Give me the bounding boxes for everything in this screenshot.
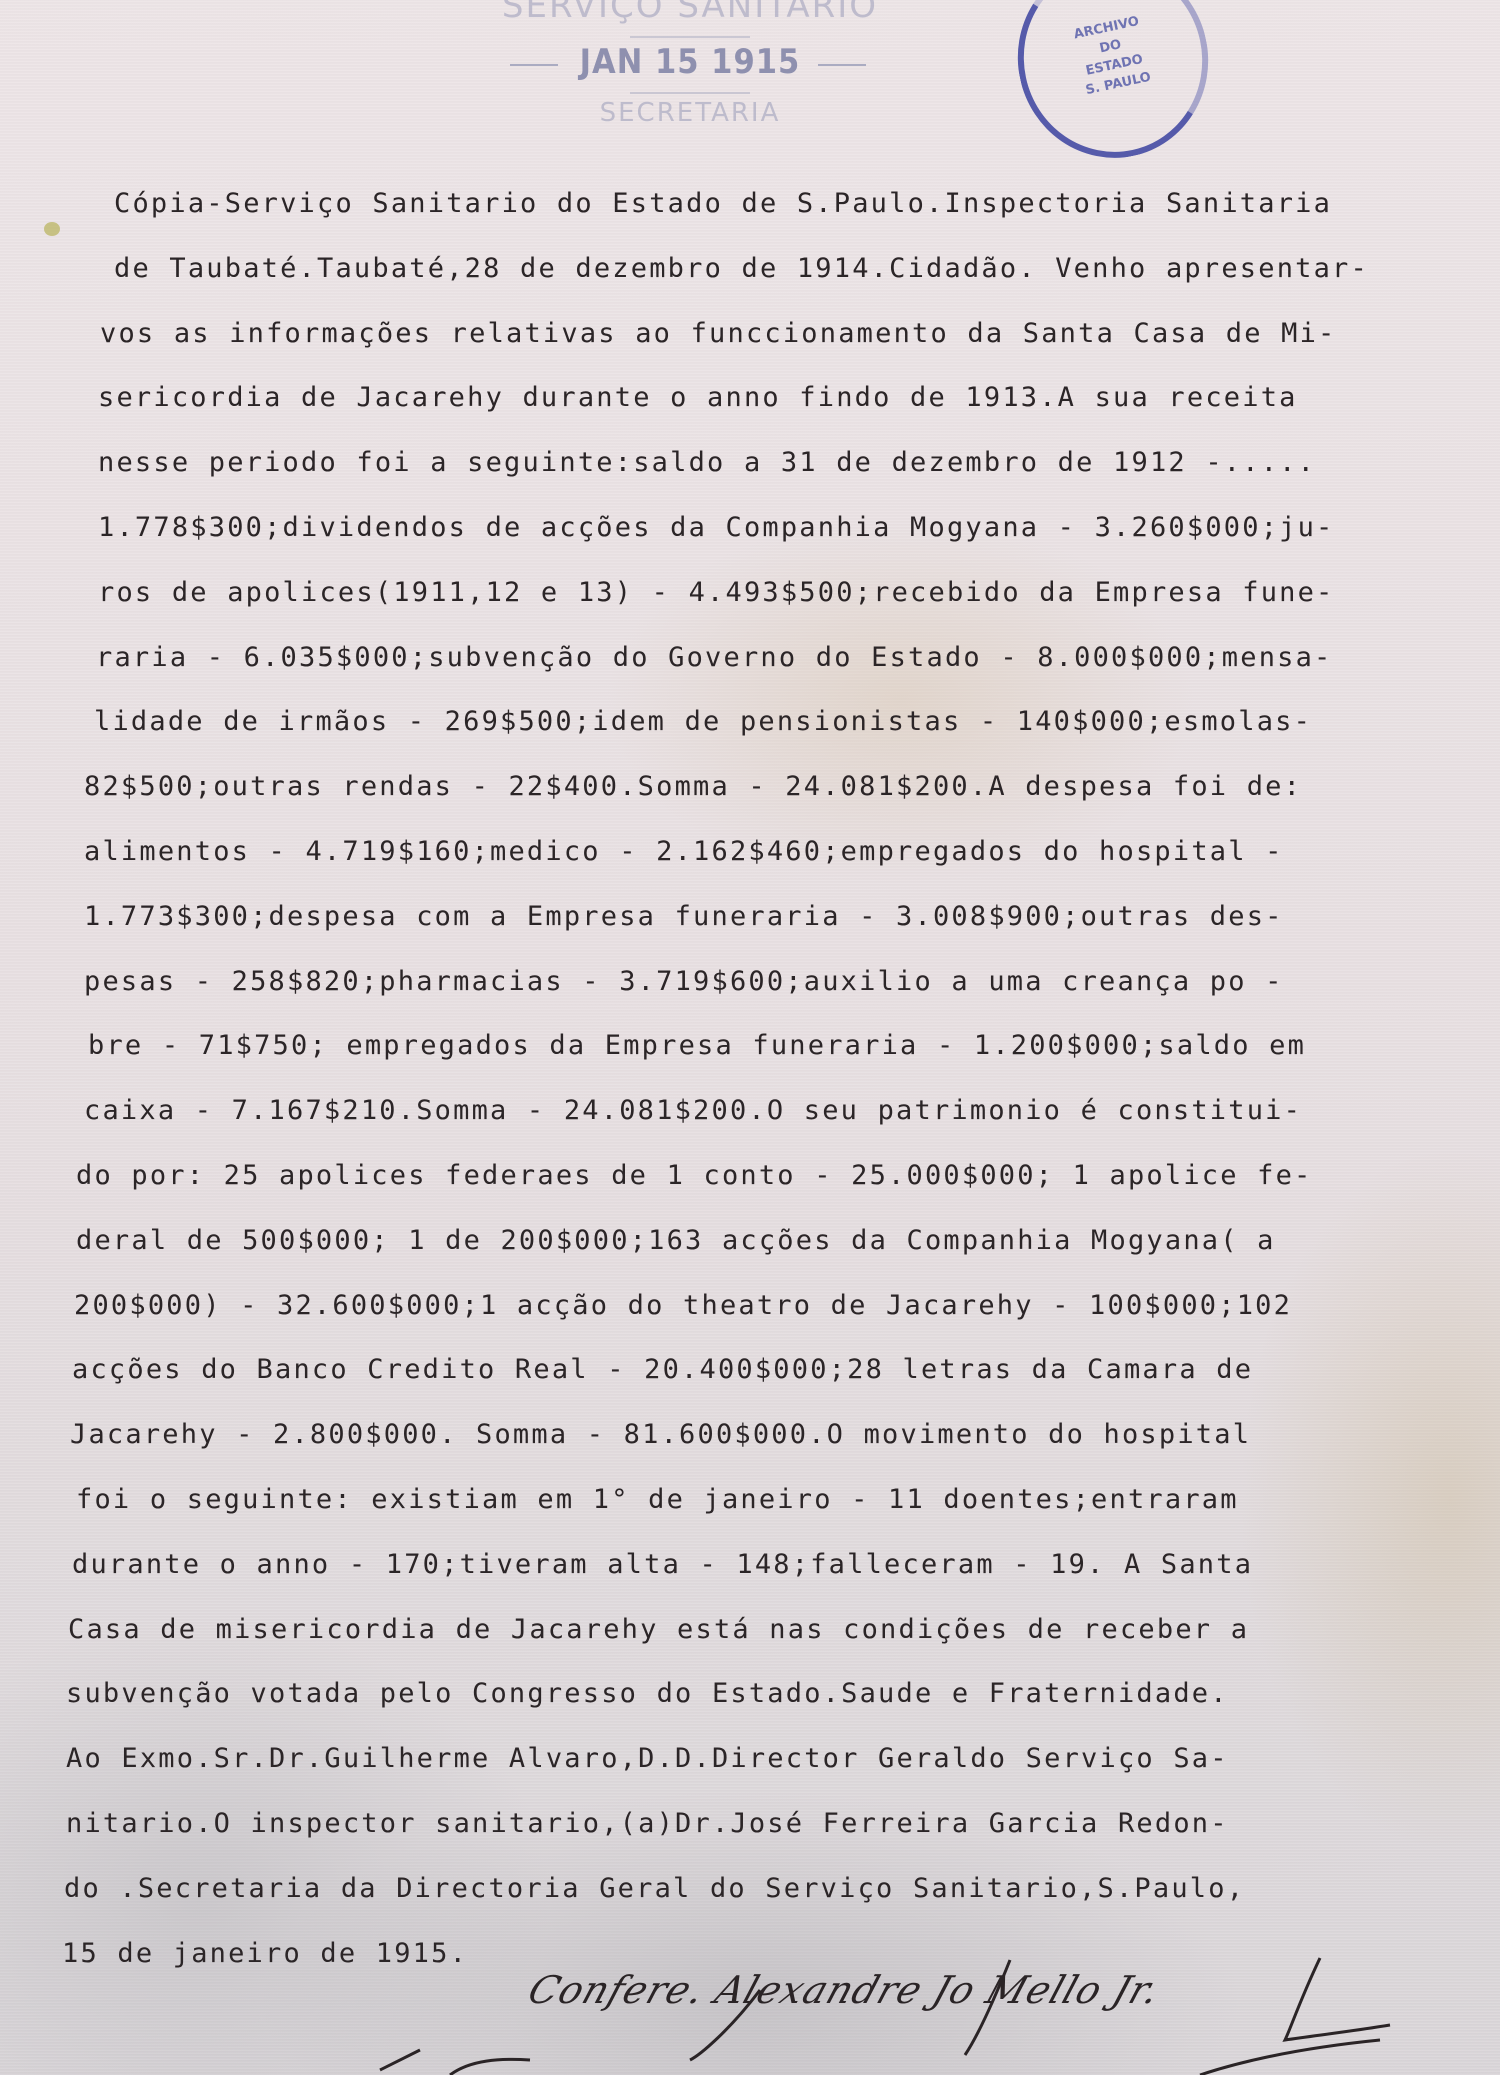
text-line: de Taubaté.Taubaté,28 de dezembro de 191… bbox=[114, 237, 1462, 302]
stamp-footer: SECRETARIA bbox=[490, 98, 890, 128]
text-line: 1.778$300;dividendos de acções da Compan… bbox=[98, 496, 1462, 561]
text-line: Ao Exmo.Sr.Dr.Guilherme Alvaro,D.D.Direc… bbox=[66, 1727, 1462, 1792]
text-line: 82$500;outras rendas - 22$400.Somma - 24… bbox=[84, 755, 1462, 820]
stamp-header: SERVIÇO SANITARIO bbox=[490, 0, 890, 26]
paper-stain bbox=[44, 222, 60, 236]
text-line: subvenção votada pelo Congresso do Estad… bbox=[66, 1662, 1462, 1727]
text-line: deral de 500$000; 1 de 200$000;163 acçõe… bbox=[76, 1209, 1462, 1274]
text-line: durante o anno - 170;tiveram alta - 148;… bbox=[72, 1533, 1462, 1598]
text-line: foi o seguinte: existiam em 1° de janeir… bbox=[76, 1468, 1462, 1533]
text-line: raria - 6.035$000;subvenção do Governo d… bbox=[96, 626, 1462, 691]
stamp-rule bbox=[630, 92, 750, 94]
text-line: bre - 71$750; empregados da Empresa fune… bbox=[88, 1014, 1462, 1079]
text-line: 200$000) - 32.600$000;1 acção do theatro… bbox=[74, 1274, 1462, 1339]
stamp-rule bbox=[630, 36, 750, 38]
text-line: alimentos - 4.719$160;medico - 2.162$460… bbox=[84, 820, 1462, 885]
text-line: Cópia-Serviço Sanitario do Estado de S.P… bbox=[114, 172, 1462, 237]
typewritten-body: Cópia-Serviço Sanitario do Estado de S.P… bbox=[62, 172, 1462, 1986]
text-line: do por: 25 apolices federaes de 1 conto … bbox=[76, 1144, 1462, 1209]
text-line: vos as informações relativas ao funccion… bbox=[100, 302, 1462, 367]
received-date-stamp: SERVIÇO SANITARIO JAN 15 1915 SECRETARIA bbox=[490, 0, 890, 128]
text-line: pesas - 258$820;pharmacias - 3.719$600;a… bbox=[84, 950, 1462, 1015]
text-line: Jacarehy - 2.800$000. Somma - 81.600$000… bbox=[70, 1403, 1462, 1468]
text-line: lidade de irmãos - 269$500;idem de pensi… bbox=[94, 690, 1462, 755]
archive-round-stamp: ARCHIVO DO ESTADO S. PAULO bbox=[999, 0, 1226, 176]
text-line: 1.773$300;despesa com a Empresa funerari… bbox=[84, 885, 1462, 950]
text-line: do .Secretaria da Directoria Geral do Se… bbox=[64, 1857, 1462, 1922]
text-line: nesse periodo foi a seguinte:saldo a 31 … bbox=[98, 431, 1462, 496]
text-line: acções do Banco Credito Real - 20.400$00… bbox=[72, 1338, 1462, 1403]
text-line: Casa de misericordia de Jacarehy está na… bbox=[68, 1598, 1462, 1663]
text-line: nitario.O inspector sanitario,(a)Dr.José… bbox=[66, 1792, 1462, 1857]
text-line: sericordia de Jacarehy durante o anno fi… bbox=[98, 366, 1462, 431]
stamp-date: JAN 15 1915 bbox=[580, 42, 801, 82]
handwritten-signature: Confere. Alexandre Jo Mello Jr. bbox=[523, 1968, 1166, 2012]
text-line: caixa - 7.167$210.Somma - 24.081$200.O s… bbox=[84, 1079, 1462, 1144]
text-line: ros de apolices(1911,12 e 13) - 4.493$50… bbox=[98, 561, 1462, 626]
